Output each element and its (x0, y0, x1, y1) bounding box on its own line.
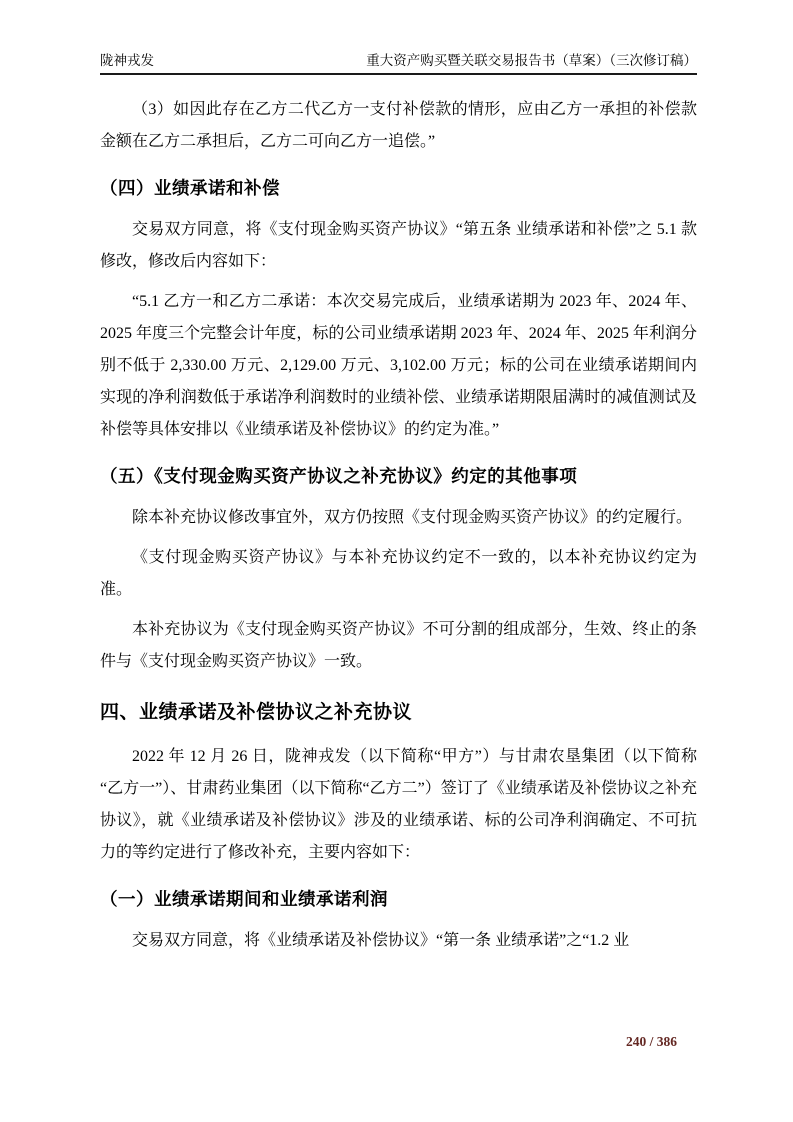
paragraph-other-matters-1: 除本补充协议修改事宜外，双方仍按照《支付现金购买资产协议》的约定履行。 (100, 502, 697, 534)
heading-sub-1-commitment-period-profit: （一）业绩承诺期间和业绩承诺利润 (100, 886, 697, 912)
heading-section-4-performance-commitment: （四）业绩承诺和补偿 (100, 175, 697, 201)
page-number: 240 / 386 (626, 1034, 677, 1050)
paragraph-commitment-5-1: “5.1 乙方一和乙方二承诺：本次交易完成后，业绩承诺期为 2023 年、202… (100, 286, 697, 446)
page-header: 陇神戎发 重大资产购买暨关联交易报告书（草案）（三次修订稿） (100, 52, 697, 75)
document-page: 陇神戎发 重大资产购买暨关联交易报告书（草案）（三次修订稿） （3）如因此存在乙… (0, 0, 793, 1122)
paragraph-other-matters-2: 《支付现金购买资产协议》与本补充协议约定不一致的，以本补充协议约定为准。 (100, 542, 697, 606)
header-company-name: 陇神戎发 (100, 52, 154, 70)
paragraph-compensation-claim: （3）如因此存在乙方二代乙方一支付补偿款的情形，应由乙方一承担的补偿款金额在乙方… (100, 94, 697, 158)
paragraph-agree-modify: 交易双方同意，将《支付现金购买资产协议》“第五条 业绩承诺和补偿”之 5.1 款… (100, 214, 697, 278)
paragraph-other-matters-3: 本补充协议为《支付现金购买资产协议》不可分割的组成部分，生效、终止的条件与《支付… (100, 614, 697, 678)
header-report-title: 重大资产购买暨关联交易报告书（草案）（三次修订稿） (366, 52, 697, 70)
paragraph-signing-parties: 2022 年 12 月 26 日，陇神戎发（以下简称“甲方”）与甘肃农垦集团（以… (100, 741, 697, 869)
heading-section-5-other-matters: （五）《支付现金购买资产协议之补充协议》约定的其他事项 (100, 463, 697, 489)
document-body: （3）如因此存在乙方二代乙方一支付补偿款的情形，应由乙方一承担的补偿款金额在乙方… (100, 94, 697, 957)
paragraph-last-truncated: 交易双方同意，将《业绩承诺及补偿协议》“第一条 业绩承诺”之“1.2 业 (100, 925, 697, 957)
heading-chapter-4-supplementary-agreement: 四、业绩承诺及补偿协议之补充协议 (100, 699, 697, 727)
